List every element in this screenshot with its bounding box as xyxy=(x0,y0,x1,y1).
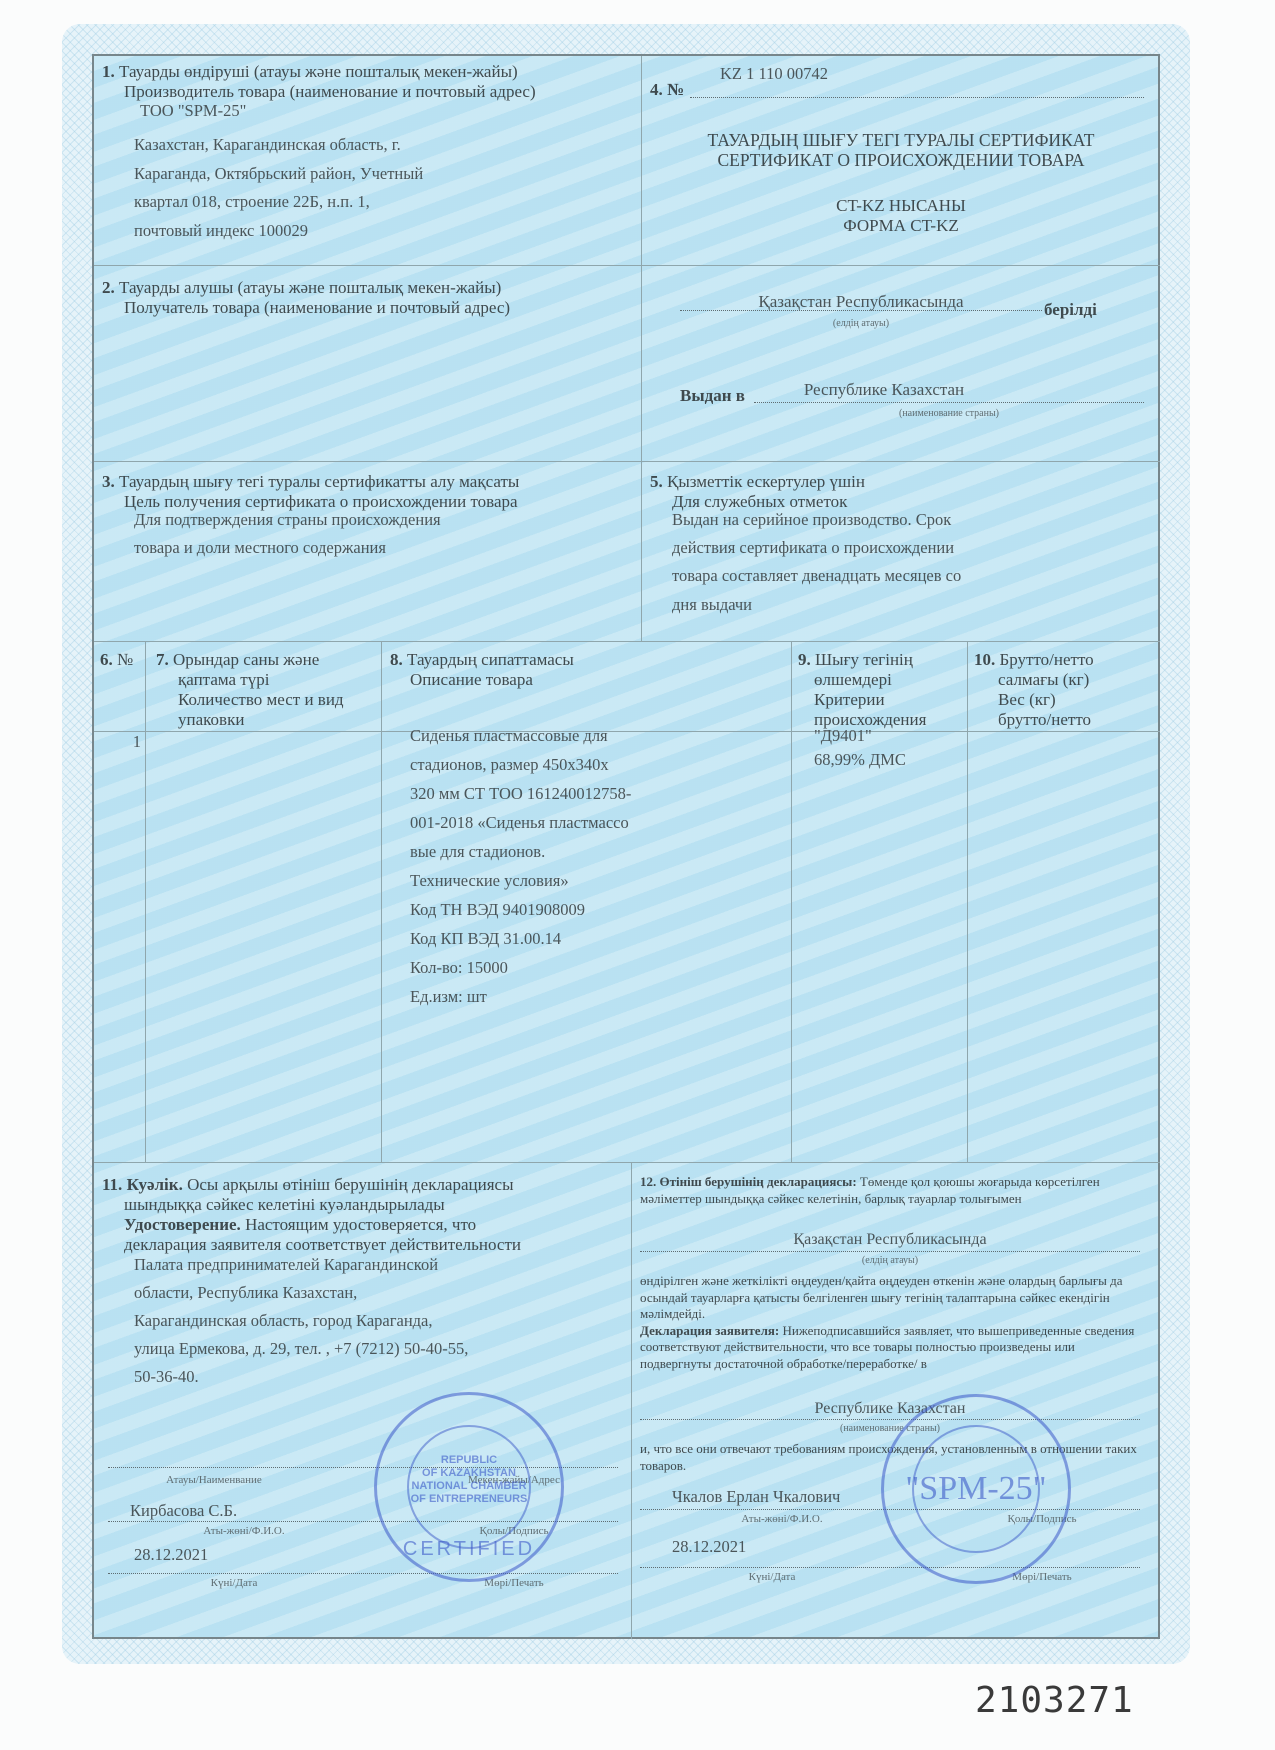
box-2-label-ru: Получатель товара (наименование и почтов… xyxy=(124,298,510,318)
form-kz: CT-KZ НЫСАНЫ xyxy=(642,196,1160,216)
chamber-stamp-icon: REPUBLICOF KAZAKHSTANNATIONAL CHAMBEROF … xyxy=(374,1392,564,1582)
col-6-number: 6. xyxy=(100,650,113,669)
header-col-6: 6. № xyxy=(94,642,146,732)
origin-criteria-code: "Д9401" xyxy=(814,726,872,746)
declared-country-ru: Республике Казахстан xyxy=(640,1400,1140,1418)
box-3-label-ru: Цель получения сертификата о происхожден… xyxy=(124,492,518,512)
description-line: Кол-во: 15000 xyxy=(410,958,508,978)
authority-line: области, Республика Казахстан, xyxy=(134,1283,357,1303)
declaration-kz: 12. Өтініш берушінің декларациясы: Төмен… xyxy=(640,1173,1146,1207)
issued-prefix-ru: Выдан в xyxy=(680,386,745,406)
declaration-date: 28.12.2021 xyxy=(672,1537,746,1557)
box-1-number: 1. xyxy=(102,62,115,81)
box-1-label-ru: Производитель товара (наименование и поч… xyxy=(124,82,536,102)
description-line: Код КП ВЭД 31.00.14 xyxy=(410,929,561,949)
description-line: вые для стадионов. xyxy=(410,842,545,862)
certifier-name: Кирбасова С.Б. xyxy=(130,1501,237,1521)
certification-date: 28.12.2021 xyxy=(134,1545,208,1565)
description-line: Технические условия» xyxy=(410,871,569,891)
certificate-form: 1. Тауарды өндіруші (атауы және пошталық… xyxy=(92,54,1160,1639)
col-8-number: 8. xyxy=(390,650,403,669)
col-7-label: Количество мест и вид xyxy=(178,690,344,710)
declared-country-kz: Қазақстан Республикасында xyxy=(640,1231,1140,1249)
col-10-label: салмағы (кг) xyxy=(998,670,1089,690)
box-11-text-ru: декларация заявителя соответствует дейст… xyxy=(124,1235,521,1255)
producer-name: ТОО "SPM-25" xyxy=(140,102,246,120)
box-5-number: 5. xyxy=(650,472,663,491)
company-stamp-icon: "SPM-25" xyxy=(881,1394,1071,1584)
description-line: Ед.изм: шт xyxy=(410,987,487,1007)
caption-fio: Аты-жөні/Ф.И.О. xyxy=(702,1513,862,1525)
country-ru-underline xyxy=(754,402,1144,403)
box-12-text-kz2: өндірілген және жеткілікті өңдеуден/қайт… xyxy=(640,1273,1123,1321)
caption-fio: Аты-жөні/Ф.И.О. xyxy=(164,1525,324,1537)
producer-address-line: Казахстан, Карагандинская область, г. xyxy=(134,135,401,155)
col-10-number: 10. xyxy=(974,650,995,669)
producer-address-line: Караганда, Октябрьский район, Учетный xyxy=(134,164,423,184)
box-2-number: 2. xyxy=(102,278,115,297)
country-kz-line xyxy=(640,1251,1140,1252)
purpose-line: товара и доли местного содержания xyxy=(134,538,386,558)
certificate-number: KZ 1 110 00742 xyxy=(720,64,828,84)
description-line: стадионов, размер 450х340х xyxy=(410,755,609,775)
caption-date: Күні/Дата xyxy=(692,1571,852,1583)
col-9-label: Критерии xyxy=(814,690,885,710)
header-col-9: 9. Шығу тегінің өлшемдері Критерии проис… xyxy=(792,642,968,732)
remarks-line: товара составляет двенадцать месяцев со xyxy=(672,566,961,586)
remarks-line: Выдан на серийное производство. Срок xyxy=(672,510,951,530)
remarks-line: дня выдачи xyxy=(672,595,752,615)
col-9-number: 9. xyxy=(798,650,811,669)
description-line: Сиденья пластмассовые для xyxy=(410,726,608,746)
box-11-title-kz: Куәлік. xyxy=(127,1175,183,1194)
description-line: 320 мм СТ ТОО 161240012758- xyxy=(410,784,631,804)
col-10-label: брутто/нетто xyxy=(998,710,1091,730)
authority-line: Карагандинская область, город Караганда, xyxy=(134,1311,433,1331)
caption-country-kz: (елдің атауы) xyxy=(640,1255,1140,1266)
purpose-line: Для подтверждения страны происхождения xyxy=(134,510,441,530)
description-line: 001-2018 «Сиденья пластмассо xyxy=(410,813,629,833)
box-12-title-kz: Өтініш берушінің декларациясы: xyxy=(660,1174,857,1189)
col-9-label: Шығу тегінің xyxy=(815,650,913,669)
issued-country-ru: Республике Казахстан xyxy=(754,380,1014,400)
box-1-label-kz: Тауарды өндіруші (атауы және пошталық ме… xyxy=(119,62,518,81)
box-11-text-kz: шындыққа сәйкес келетіні куәландырылады xyxy=(124,1195,445,1215)
date-seal-line xyxy=(640,1567,1140,1568)
col-8-label: Описание товара xyxy=(410,670,533,690)
col-10-label: Брутто/нетто xyxy=(1000,650,1094,669)
form-ru: ФОРМА CT-KZ xyxy=(642,216,1160,236)
header-col-7: 7. Орындар саны және қаптама түрі Количе… xyxy=(146,642,382,732)
number-underline xyxy=(690,97,1144,98)
col-7-label: Орындар саны және xyxy=(173,650,319,669)
title-ru: СЕРТИФИКАТ О ПРОИСХОЖДЕНИИ ТОВАРА xyxy=(642,150,1160,170)
issued-suffix-kz: берілді xyxy=(1044,300,1097,320)
box-5-label-ru: Для служебных отметок xyxy=(672,492,847,512)
producer-address-line: квартал 018, строение 22Б, н.п. 1, xyxy=(134,192,370,212)
description-line: Код ТН ВЭД 9401908009 xyxy=(410,900,585,920)
box-11-text-kz: Осы арқылы өтініш берушінің декларациясы xyxy=(187,1175,513,1194)
goods-table: 6. № 7. Орындар саны және қаптама түрі К… xyxy=(94,642,1160,1162)
box-11-title-ru: Удостоверение. xyxy=(124,1215,241,1234)
issued-country-kz: Қазақстан Республикасында xyxy=(680,292,1042,312)
box-4-certificate-title: KZ 1 110 00742 4. № ТАУАРДЫҢ ШЫҒУ ТЕГІ Т… xyxy=(642,56,1160,266)
caption-country-kz: (елдің атауы) xyxy=(680,318,1042,329)
date-seal-line xyxy=(108,1573,618,1574)
title-kz: ТАУАРДЫҢ ШЫҒУ ТЕГІ ТУРАЛЫ СЕРТИФИКАТ xyxy=(642,130,1160,150)
remarks-line: действия сертификата о происхождении xyxy=(672,538,954,558)
header-col-8: 8. Тауардың сипаттамасы Описание товара xyxy=(382,642,792,732)
row-col-8: Сиденья пластмассовые длястадионов, разм… xyxy=(382,732,792,1162)
col-10-label: Вес (кг) xyxy=(998,690,1056,710)
serial-number: 2103271 xyxy=(975,1680,1134,1721)
box-2-label-kz: Тауарды алушы (атауы және пошталық мекен… xyxy=(119,278,501,297)
row-col-7 xyxy=(146,732,382,1162)
box-1-producer: 1. Тауарды өндіруші (атауы және пошталық… xyxy=(94,56,642,266)
box-5-label-kz: Қызметтік ескертулер үшін xyxy=(667,472,865,491)
box-3-number: 3. xyxy=(102,472,115,491)
box-11-certification: 11. Куәлік. Осы арқылы өтініш берушінің … xyxy=(94,1162,632,1639)
box-2-recipient: 2. Тауарды алушы (атауы және пошталық ме… xyxy=(94,266,642,462)
row-col-6: 1 xyxy=(94,732,146,1162)
declaration-body: өндірілген және жеткілікті өңдеуден/қайт… xyxy=(640,1273,1146,1372)
caption-country-ru: (наименование страны) xyxy=(754,408,1144,419)
header-col-10: 10. Брутто/нетто салмағы (кг) Вес (кг) б… xyxy=(968,642,1160,732)
issued-country-block: Қазақстан Республикасында берілді (елдің… xyxy=(642,266,1160,462)
box-3-purpose: 3. Тауардың шығу тегі туралы сертификатт… xyxy=(94,462,642,642)
box-12-title-ru: Декларация заявителя: xyxy=(640,1323,779,1338)
box-5-official-remarks: 5. Қызметтік ескертулер үшін Для служебн… xyxy=(642,462,1160,642)
box-12-declaration: 12. Өтініш берушінің декларациясы: Төмен… xyxy=(632,1162,1160,1639)
producer-address-line: почтовый индекс 100029 xyxy=(134,221,308,241)
col-7-label: қаптама түрі xyxy=(178,670,269,690)
col-8-label: Тауардың сипаттамасы xyxy=(407,650,574,669)
box-11-text-ru: Настоящим удостоверяется, что xyxy=(245,1215,476,1234)
box-3-label-kz: Тауардың шығу тегі туралы сертификатты а… xyxy=(119,472,519,491)
box-11-number: 11. xyxy=(102,1175,122,1194)
box-4-label: 4. № xyxy=(650,80,684,100)
authority-line: улица Ермекова, д. 29, тел. , +7 (7212) … xyxy=(134,1339,468,1359)
col-9-label: өлшемдері xyxy=(814,670,892,690)
declarant-name: Чкалов Ерлан Чкалович xyxy=(672,1487,840,1507)
origin-criteria-share: 68,99% ДМС xyxy=(814,750,906,770)
row-col-9: "Д9401" 68,99% ДМС xyxy=(792,732,968,1162)
col-6-label: № xyxy=(117,650,133,669)
authority-line: 50-36-40. xyxy=(134,1367,199,1387)
col-7-number: 7. xyxy=(156,650,169,669)
caption-date: Күні/Дата xyxy=(154,1577,314,1589)
stamp-certified-label: CERTIFIED xyxy=(377,1538,561,1561)
col-7-label: упаковки xyxy=(178,710,244,730)
caption-name: Атауы/Наименвание xyxy=(134,1474,294,1486)
row-number: 1 xyxy=(133,732,141,752)
box-12-number: 12. xyxy=(640,1174,656,1189)
country-ru-line xyxy=(640,1419,1140,1420)
authority-line: Палата предпринимателей Карагандинской xyxy=(134,1255,438,1275)
row-col-10 xyxy=(968,732,1160,1162)
caption-country-ru: (наименование страны) xyxy=(640,1423,1140,1434)
